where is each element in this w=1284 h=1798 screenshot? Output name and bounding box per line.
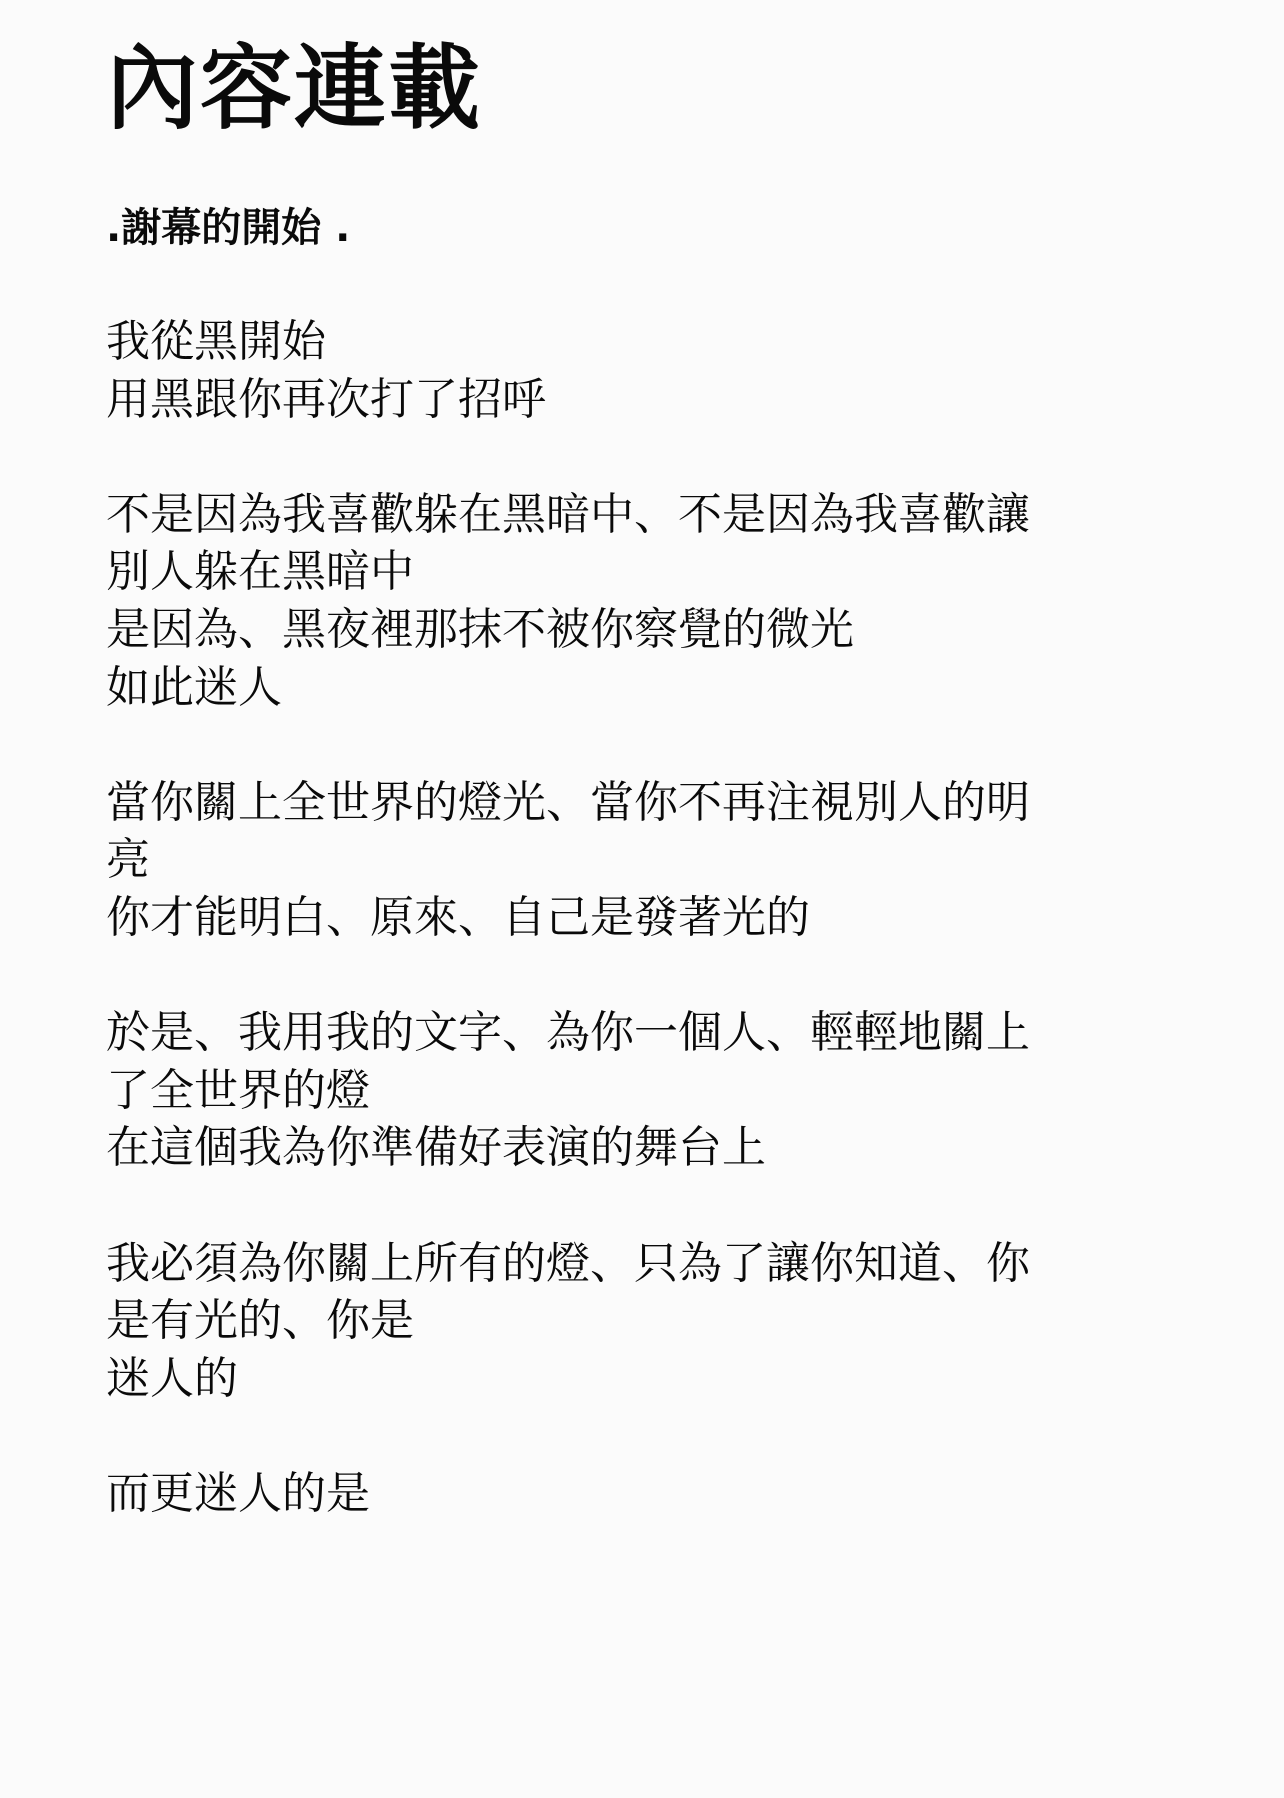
text-line: 迷人的 [106,1350,1030,1408]
chapter-subtitle: .謝幕的開始 . [106,203,350,253]
poem-body: 我從黑開始 用黑跟你再次打了招呼 不是因為我喜歡躲在黑暗中、不是因為我喜歡讓 別… [106,313,1030,1580]
stanza-6: 而更迷人的是 [106,1465,1030,1523]
text-line: 亮 [106,831,1030,889]
text-line: 你才能明白、原來、自己是發著光的 [106,889,1030,947]
text-line: 別人躲在黑暗中 [106,543,1030,601]
stanza-5: 我必須為你關上所有的燈、只為了讓你知道、你 是有光的、你是 迷人的 [106,1235,1030,1408]
text-line: 了全世界的燈 [106,1062,1030,1120]
stanza-4: 於是、我用我的文字、為你一個人、輕輕地關上 了全世界的燈 在這個我為你準備好表演… [106,1004,1030,1177]
stanza-2: 不是因為我喜歡躲在黑暗中、不是因為我喜歡讓 別人躲在黑暗中 是因為、黑夜裡那抹不… [106,486,1030,716]
text-line: 而更迷人的是 [106,1465,1030,1523]
text-line: 是因為、黑夜裡那抹不被你察覺的微光 [106,601,1030,659]
stanza-1: 我從黑開始 用黑跟你再次打了招呼 [106,313,1030,428]
page-title: 內容連載 [106,38,482,138]
text-line: 於是、我用我的文字、為你一個人、輕輕地關上 [106,1004,1030,1062]
text-line: 我必須為你關上所有的燈、只為了讓你知道、你 [106,1235,1030,1293]
text-line: 不是因為我喜歡躲在黑暗中、不是因為我喜歡讓 [106,486,1030,544]
text-line: 是有光的、你是 [106,1292,1030,1350]
text-line: 用黑跟你再次打了招呼 [106,371,1030,429]
text-line: 如此迷人 [106,659,1030,717]
text-line: 在這個我為你準備好表演的舞台上 [106,1119,1030,1177]
text-line: 當你關上全世界的燈光、當你不再注視別人的明 [106,774,1030,832]
stanza-3: 當你關上全世界的燈光、當你不再注視別人的明 亮 你才能明白、原來、自己是發著光的 [106,774,1030,947]
text-line: 我從黑開始 [106,313,1030,371]
